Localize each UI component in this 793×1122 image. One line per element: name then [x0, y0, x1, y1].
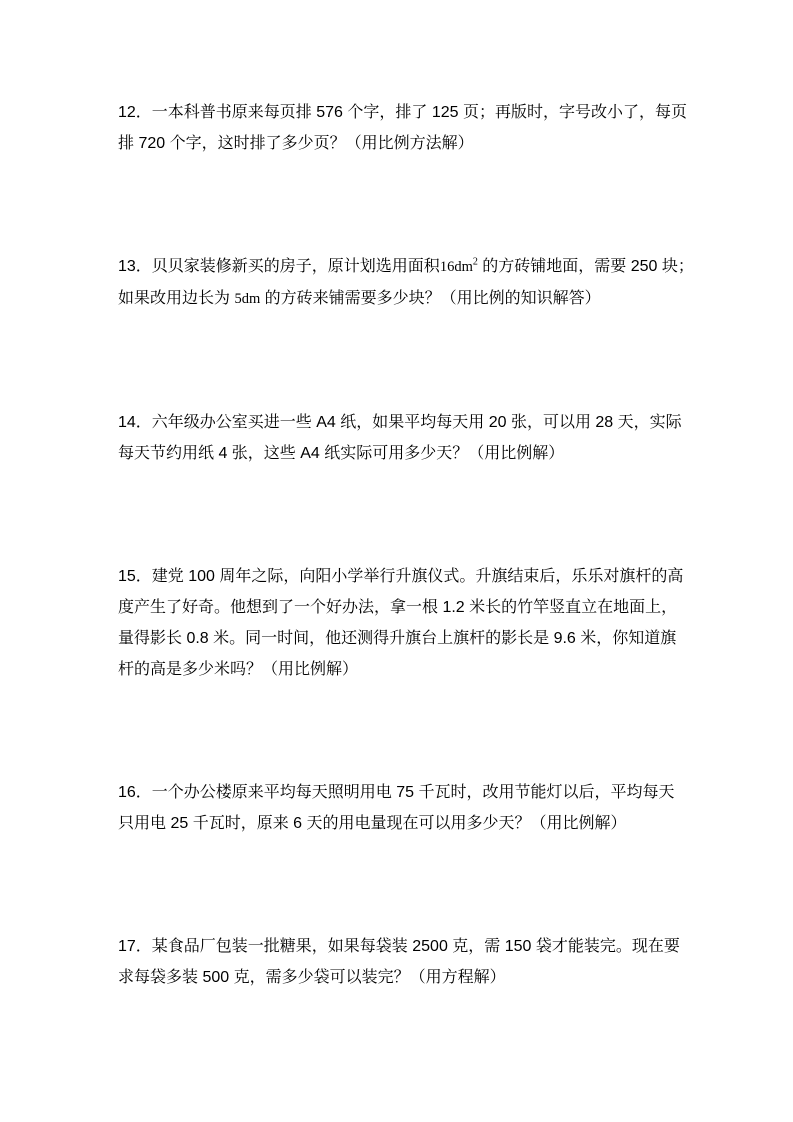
problem-line: 16．一个办公楼原来平均每天照明用电 75 千瓦时，改用节能灯以后，平均每天: [118, 777, 673, 808]
problem-15: 15．建党 100 周年之际，向阳小学举行升旗仪式。升旗结束后，乐乐对旗杆的高度…: [118, 561, 673, 685]
problem-17: 17．某食品厂包装一批糖果，如果每袋装 2500 克，需 150 袋才能装完。现…: [118, 931, 673, 993]
problem-line: 12．一本科普书原来每页排 576 个字，排了 125 页；再版时，字号改小了，…: [118, 97, 673, 128]
worksheet-page: 12．一本科普书原来每页排 576 个字，排了 125 页；再版时，字号改小了，…: [0, 0, 793, 1122]
problem-text: 12．一本科普书原来每页排 576 个字，排了 125 页；再版时，字号改小了，…: [118, 104, 687, 121]
problem-line: 杆的高是多少米吗？（用比例解）: [118, 654, 673, 685]
problem-text: 14．六年级办公室买进一些 A4 纸，如果平均每天用 20 张，可以用 28 天…: [118, 414, 682, 431]
problem-text: 的方砖来铺需要多少块？（用比例的知识解答）: [260, 290, 600, 307]
problem-line: 每天节约用纸 4 张，这些 A4 纸实际可用多少天？（用比例解）: [118, 438, 673, 469]
problem-text: 杆的高是多少米吗？（用比例解）: [118, 661, 358, 678]
problem-line: 15．建党 100 周年之际，向阳小学举行升旗仪式。升旗结束后，乐乐对旗杆的高: [118, 561, 673, 592]
problem-line: 如果改用边长为 5dm 的方砖来铺需要多少块？（用比例的知识解答）: [118, 283, 673, 315]
problem-12: 12．一本科普书原来每页排 576 个字，排了 125 页；再版时，字号改小了，…: [118, 97, 673, 159]
problem-text: 度产生了好奇。他想到了一个好办法，拿一根 1.2 米长的竹竿竖直立在地面上，: [118, 599, 677, 616]
problem-line: 只用电 25 千瓦时，原来 6 天的用电量现在可以用多少天？（用比例解）: [118, 808, 673, 839]
equation-text: 16dm: [440, 259, 473, 275]
problem-line: 排 720 个字，这时排了多少页？（用比例方法解）: [118, 128, 673, 159]
problem-text: 只用电 25 千瓦时，原来 6 天的用电量现在可以用多少天？（用比例解）: [118, 815, 626, 832]
problem-text: 15．建党 100 周年之际，向阳小学举行升旗仪式。升旗结束后，乐乐对旗杆的高: [118, 568, 683, 585]
problem-text: 13．贝贝家装修新买的房子，原计划选用面积: [118, 258, 440, 275]
problem-16: 16．一个办公楼原来平均每天照明用电 75 千瓦时，改用节能灯以后，平均每天只用…: [118, 777, 673, 839]
problem-13: 13．贝贝家装修新买的房子，原计划选用面积16dm2 的方砖铺地面，需要 250…: [118, 251, 673, 315]
problem-text: 排 720 个字，这时排了多少页？（用比例方法解）: [118, 135, 474, 152]
problem-14: 14．六年级办公室买进一些 A4 纸，如果平均每天用 20 张，可以用 28 天…: [118, 407, 673, 469]
problem-line: 13．贝贝家装修新买的房子，原计划选用面积16dm2 的方砖铺地面，需要 250…: [118, 251, 673, 283]
equation-text: 5dm: [234, 291, 260, 307]
problem-text: 17．某食品厂包装一批糖果，如果每袋装 2500 克，需 150 袋才能装完。现…: [118, 938, 680, 955]
problem-text: 16．一个办公楼原来平均每天照明用电 75 千瓦时，改用节能灯以后，平均每天: [118, 784, 675, 801]
problem-text: 如果改用边长为: [118, 290, 234, 307]
problem-line: 量得影长 0.8 米。同一时间，他还测得升旗台上旗杆的影长是 9.6 米，你知道…: [118, 623, 673, 654]
problem-line: 求每袋多装 500 克，需多少袋可以装完？（用方程解）: [118, 962, 673, 993]
problem-text: 量得影长 0.8 米。同一时间，他还测得升旗台上旗杆的影长是 9.6 米，你知道…: [118, 630, 676, 647]
problem-text: 每天节约用纸 4 张，这些 A4 纸实际可用多少天？（用比例解）: [118, 445, 564, 462]
problem-text: 的方砖铺地面，需要 250 块；: [478, 258, 694, 275]
problem-text: 求每袋多装 500 克，需多少袋可以装完？（用方程解）: [118, 969, 506, 986]
problem-line: 14．六年级办公室买进一些 A4 纸，如果平均每天用 20 张，可以用 28 天…: [118, 407, 673, 438]
problem-line: 度产生了好奇。他想到了一个好办法，拿一根 1.2 米长的竹竿竖直立在地面上，: [118, 592, 673, 623]
problem-list: 12．一本科普书原来每页排 576 个字，排了 125 页；再版时，字号改小了，…: [118, 97, 673, 993]
problem-line: 17．某食品厂包装一批糖果，如果每袋装 2500 克，需 150 袋才能装完。现…: [118, 931, 673, 962]
